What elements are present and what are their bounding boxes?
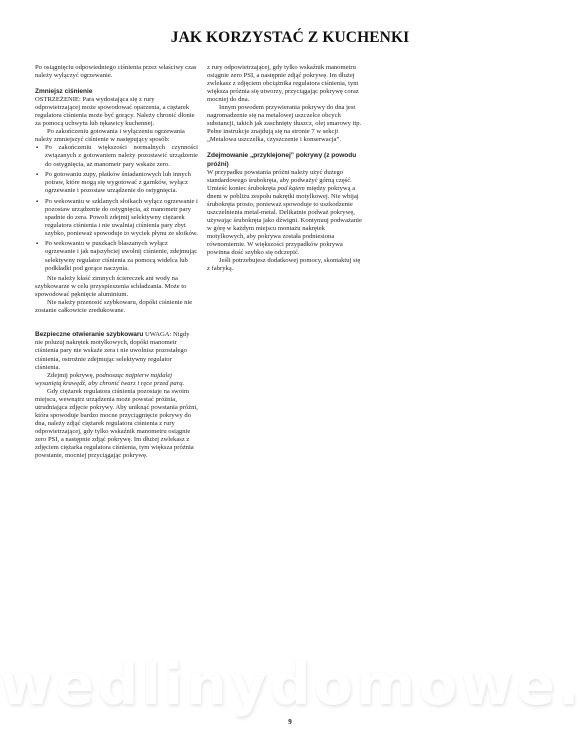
bullet-icon: ▪ [36, 171, 38, 179]
list-item-text: Po wekowaniu w szklanych słoikach wyłącz… [45, 198, 198, 237]
list-item: ▪ Po wekowaniu w szklanych słoikach wyłą… [35, 198, 198, 238]
list-item: ▪ Po zakończeniu większości normalnych c… [35, 144, 198, 168]
moving-warning-paragraph: Nie należy przenosić szybkowaru, dopóki … [35, 299, 198, 315]
stuck-lid-italic: pod kątem [278, 185, 305, 192]
warning-paragraph: OSTRZEŻENIE: Para wydostająca się z rury… [35, 96, 198, 128]
spacer [35, 80, 198, 88]
list-item-text: Po wekowaniu w puszkach blaszanych wyłąc… [45, 240, 197, 271]
spacer [207, 144, 363, 152]
list-item-text: Po gotowaniu zupy, płatków śniadaniowych… [45, 171, 191, 194]
bullet-icon: ▪ [36, 198, 38, 206]
bullet-list: ▪ Po zakończeniu większości normalnych c… [35, 144, 198, 272]
section-heading-reduce-pressure: Zmniejsz ciśnienie [35, 88, 198, 96]
gasket-paragraph: Innym powodem przywierania pokrywy do dn… [207, 104, 363, 144]
section-heading-stuck-lid: Zdejmowanie „przyklejonej” pokrywy (z po… [207, 152, 363, 168]
spacer [35, 315, 198, 331]
section-heading-safe-opening: Bezpieczne otwieranie szybkowaru [35, 331, 143, 338]
bullet-icon: ▪ [36, 144, 38, 152]
reduce-pressure-intro: Po zakończeniu gotowania i wyłączeniu og… [35, 128, 198, 144]
left-column: Po osiągnięciu odpowiedniego ciśnienia p… [35, 64, 198, 460]
page-number: 9 [0, 718, 580, 726]
continuation-paragraph: z rury odpowietrzającej, gdy tylko wskaź… [207, 64, 363, 104]
list-item: ▪ Po wekowaniu w puszkach blaszanych wył… [35, 240, 198, 272]
right-column: z rury odpowietrzającej, gdy tylko wskaź… [207, 64, 363, 273]
stuck-lid-text-b: między pokrywą a dnem w pobliżu zespołu … [207, 185, 362, 256]
vacuum-paragraph: Gdy ciężarek regulatora ciśnienia pozost… [35, 388, 198, 460]
page-title: JAK KORZYSTAĆ Z KUCHENKI [0, 29, 580, 47]
remove-lid-text: Zdejmij pokrywę, [47, 372, 96, 379]
contact-factory-paragraph: Jeśli potrzebujesz dodatkowej pomocy, sk… [207, 257, 363, 273]
bullet-icon: ▪ [36, 240, 38, 248]
safe-opening-lead: Bezpieczne otwieranie szybkowaru UWAGA: … [35, 331, 198, 371]
list-item-text: Po zakończeniu większości normalnych czy… [45, 144, 198, 167]
list-item: ▪ Po gotowaniu zupy, płatków śniadaniowy… [35, 171, 198, 195]
cooling-warning-paragraph: Nie należy kłaść zimnych ściereczek ani … [35, 275, 198, 299]
intro-paragraph: Po osiągnięciu odpowiedniego ciśnienia p… [35, 64, 198, 80]
watermark: wedlinydomowe.pl [0, 652, 580, 718]
stuck-lid-paragraph: W przypadku powstania próżni należy użyć… [207, 169, 363, 258]
remove-lid-paragraph: Zdejmij pokrywę, podnosząc najpierw najd… [35, 372, 198, 388]
